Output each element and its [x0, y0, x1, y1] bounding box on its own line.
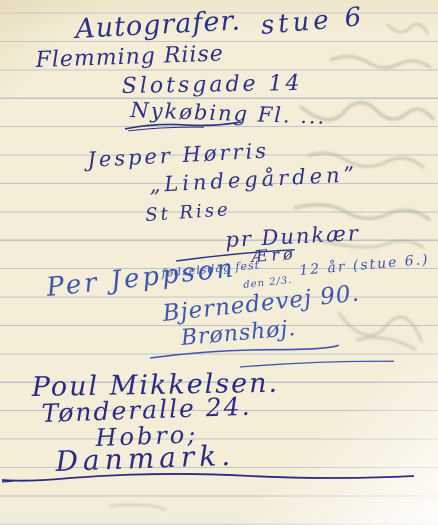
ink-bleed-through: [108, 500, 168, 514]
entry-jesper-name: Jesper Hørris: [87, 141, 270, 171]
entry-flemming-street: Slotsgade 14: [122, 73, 303, 98]
entry-flemming-name: Flemming Riise: [35, 43, 224, 72]
underline-danmark: [0, 468, 415, 484]
entry-per-name: Per Jeppson: [45, 255, 237, 301]
ink-bleed-through: [328, 52, 433, 74]
ink-bleed-through: [292, 198, 432, 226]
page-title: Autografer.: [75, 7, 242, 43]
entry-poul-street: Tønderalle 24.: [41, 394, 252, 426]
ink-bleed-through: [336, 292, 426, 352]
entry-per-age-note: 12 år (stue 6.): [299, 253, 430, 278]
ink-bleed-through: [298, 96, 436, 126]
room-label: stue 6: [260, 4, 367, 39]
ink-bleed-through: [306, 148, 426, 174]
entry-jesper-parish: St Rise: [145, 201, 232, 225]
autograph-page: Autografer. stue 6 Flemming Riise Slotsg…: [0, 0, 438, 525]
ink-bleed-through: [316, 232, 426, 254]
ink-bleed-through: [385, 14, 430, 42]
